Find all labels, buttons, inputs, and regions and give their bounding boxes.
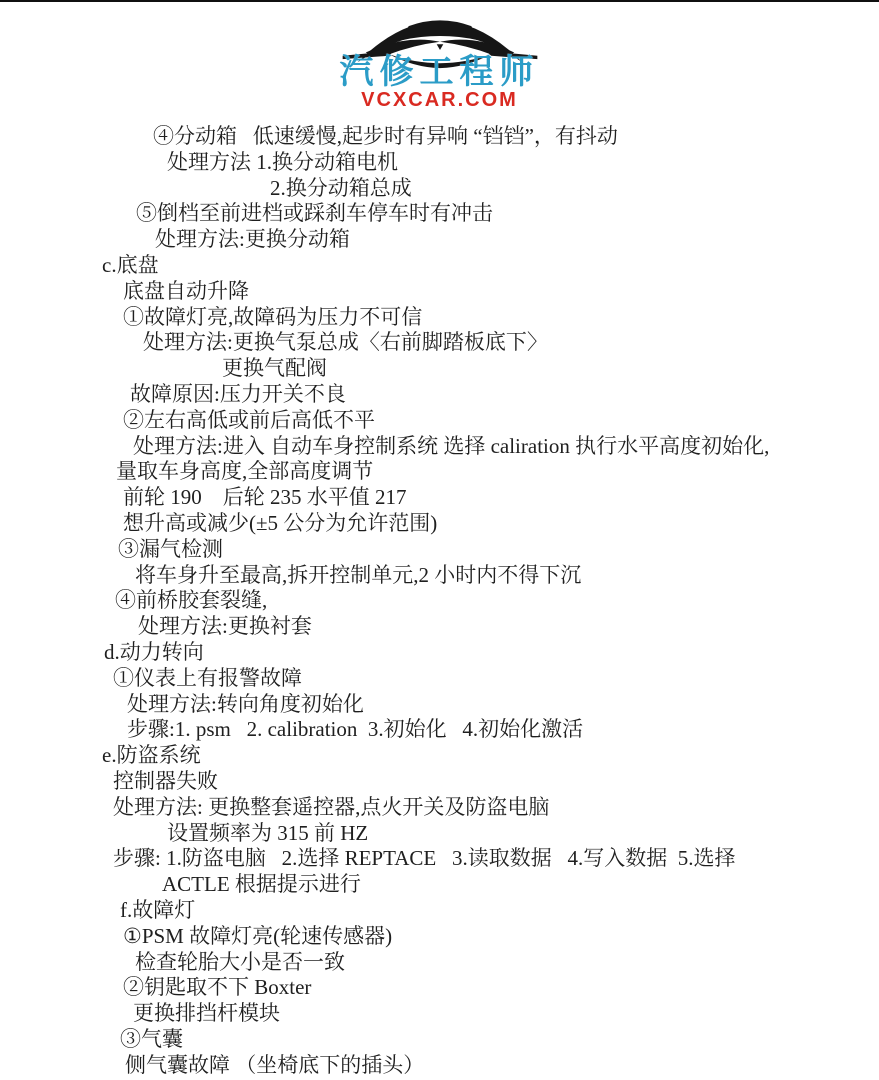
doc-line: ①仪表上有报警故障 (113, 666, 879, 692)
doc-line: 处理方法 1.换分动箱电机 (167, 150, 879, 176)
logo: 汽修工程师 VCXCAR.COM (0, 3, 879, 110)
doc-line: 2.换分动箱总成 (270, 176, 879, 202)
doc-line: 处理方法:转向角度初始化 (127, 692, 879, 718)
doc-line: 检查轮胎大小是否一致 (135, 950, 879, 976)
doc-line: 步骤:1. psm 2. calibration 3.初始化 4.初始化激活 (127, 717, 879, 743)
logo-title: 汽修工程师 (0, 55, 879, 89)
doc-line: 量取车身高度,全部高度调节 (116, 459, 879, 485)
doc-line: 故障原因:压力开关不良 (130, 382, 879, 408)
doc-line: c.底盘 (102, 253, 879, 279)
doc-line: 更换气配阀 (222, 356, 879, 382)
doc-line: 控制器失败 (113, 769, 879, 795)
doc-line: ②钥匙取不下 Boxter (123, 975, 879, 1001)
doc-line: 处理方法:更换衬套 (138, 614, 879, 640)
doc-line: d.动力转向 (104, 640, 879, 666)
doc-line: 侧气囊故障 （坐椅底下的插头） (125, 1053, 879, 1079)
doc-line: ①PSM 故障灯亮(轮速传感器) (123, 924, 879, 950)
document-body: ④分动箱 低速缓慢,起步时有异响 “铛铛”，有抖动处理方法 1.换分动箱电机2.… (0, 124, 879, 1078)
doc-line: ACTLE 根据提示进行 (162, 872, 879, 898)
doc-line: ④前桥胶套裂缝, (115, 588, 879, 614)
logo-domain: VCXCAR.COM (0, 90, 879, 110)
doc-line: ④分动箱 低速缓慢,起步时有异响 “铛铛”，有抖动 (153, 124, 879, 150)
doc-line: ③气囊 (120, 1027, 879, 1053)
doc-line: 底盘自动升降 (123, 279, 879, 305)
doc-line: 将车身升至最高,拆开控制单元,2 小时内不得下沉 (135, 563, 879, 589)
doc-line: ②左右高低或前后高低不平 (123, 408, 879, 434)
doc-line: 处理方法:更换气泵总成〈右前脚踏板底下〉 (143, 330, 879, 356)
doc-line: 处理方法: 更换整套遥控器,点火开关及防盗电脑 (113, 795, 879, 821)
doc-line: 前轮 190 后轮 235 水平值 217 (123, 485, 879, 511)
doc-line: ⑤倒档至前进档或踩刹车停车时有冲击 (136, 201, 879, 227)
doc-line: 步骤: 1.防盗电脑 2.选择 REPTACE 3.读取数据 4.写入数据 5.… (113, 846, 879, 872)
doc-line: 想升高或减少(±5 公分为允许范围) (123, 511, 879, 537)
document-page: 汽修工程师 VCXCAR.COM ④分动箱 低速缓慢,起步时有异响 “铛铛”，有… (0, 0, 879, 1080)
doc-line: ①故障灯亮,故障码为压力不可信 (123, 305, 879, 331)
doc-line: 处理方法:更换分动箱 (155, 227, 879, 253)
doc-line: 设置频率为 315 前 HZ (167, 821, 879, 847)
doc-line: f.故障灯 (120, 898, 879, 924)
doc-line: 更换排挡杆模块 (133, 1001, 879, 1027)
doc-line: ③漏气检测 (118, 537, 879, 563)
page-top-border (0, 0, 879, 2)
doc-line: 处理方法:进入 自动车身控制系统 选择 caliration 执行水平高度初始化… (133, 434, 879, 460)
doc-line: e.防盗系统 (102, 743, 879, 769)
